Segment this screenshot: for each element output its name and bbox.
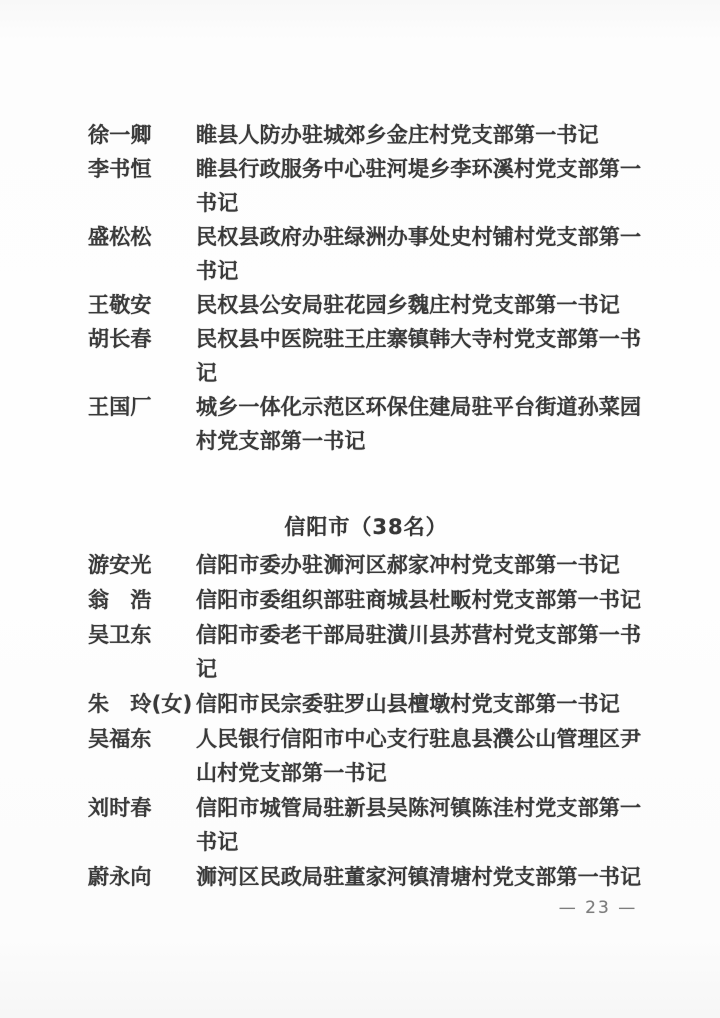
person-name: 胡长春 [88,322,196,356]
city-section: 徐一卿 睢县人防办驻城郊乡金庄村党支部第一书记 李书恒 睢县行政服务中心驻河堤乡… [88,118,644,458]
person-name: 徐一卿 [88,118,196,152]
secretary-entry-row: 朱 玲(女) 信阳市民宗委驻罗山县檀墩村党支部第一书记 [88,687,644,721]
secretary-entry-row: 刘时春 信阳市城管局驻新县吴陈河镇陈洼村党支部第一书记 [88,791,644,859]
person-name: 刘时春 [88,791,196,825]
secretary-entry-row: 胡长春 民权县中医院驻王庄寨镇韩大寺村党支部第一书记 [88,322,644,390]
position-title: 民权县中医院驻王庄寨镇韩大寺村党支部第一书记 [196,322,642,390]
position-title: 民权县政府办驻绿洲办事处史村铺村党支部第一书记 [196,220,642,288]
section-header: 信阳市（38名） [88,510,644,544]
secretary-entry-row: 吴卫东 信阳市委老干部局驻潢川县苏营村党支部第一书记 [88,618,644,686]
secretary-entry-row: 徐一卿 睢县人防办驻城郊乡金庄村党支部第一书记 [88,118,644,152]
first-secretary-list: 徐一卿 睢县人防办驻城郊乡金庄村党支部第一书记 李书恒 睢县行政服务中心驻河堤乡… [88,118,644,895]
position-title: 浉河区民政局驻董家河镇清塘村党支部第一书记 [196,860,642,894]
person-name: 吴卫东 [88,618,196,652]
secretary-entry-row: 翁 浩 信阳市委组织部驻商城县杜畈村党支部第一书记 [88,583,644,617]
person-name: 盛松松 [88,220,196,254]
person-name: 翁 浩 [88,583,196,617]
person-name: 游安光 [88,548,196,582]
person-name: 蔚永向 [88,860,196,894]
position-title: 城乡一体化示范区环保住建局驻平台街道孙菜园村党支部第一书记 [196,390,642,458]
position-title: 信阳市委老干部局驻潢川县苏营村党支部第一书记 [196,618,642,686]
secretary-entry-row: 吴福东 人民银行信阳市中心支行驻息县濮公山管理区尹山村党支部第一书记 [88,722,644,790]
person-name: 李书恒 [88,152,196,186]
person-name: 王国厂 [88,390,196,424]
section-entries: 徐一卿 睢县人防办驻城郊乡金庄村党支部第一书记 李书恒 睢县行政服务中心驻河堤乡… [88,118,644,458]
position-title: 睢县行政服务中心驻河堤乡李环溪村党支部第一书记 [196,152,642,220]
position-title: 信阳市民宗委驻罗山县檀墩村党支部第一书记 [196,687,642,721]
page-number: — 23 — [545,896,651,920]
position-title: 睢县人防办驻城郊乡金庄村党支部第一书记 [196,118,642,152]
secretary-entry-row: 盛松松 民权县政府办驻绿洲办事处史村铺村党支部第一书记 [88,220,644,288]
secretary-entry-row: 王敬安 民权县公安局驻花园乡魏庄村党支部第一书记 [88,288,644,322]
secretary-entry-row: 李书恒 睢县行政服务中心驻河堤乡李环溪村党支部第一书记 [88,152,644,220]
person-name: 吴福东 [88,722,196,756]
person-name: 王敬安 [88,288,196,322]
position-title: 民权县公安局驻花园乡魏庄村党支部第一书记 [196,288,642,322]
secretary-entry-row: 蔚永向 浉河区民政局驻董家河镇清塘村党支部第一书记 [88,860,644,894]
position-title: 信阳市委组织部驻商城县杜畈村党支部第一书记 [196,583,642,617]
position-title: 信阳市城管局驻新县吴陈河镇陈洼村党支部第一书记 [196,791,642,859]
scanned-document-page: 徐一卿 睢县人防办驻城郊乡金庄村党支部第一书记 李书恒 睢县行政服务中心驻河堤乡… [0,0,720,1018]
position-title: 信阳市委办驻浉河区郝家冲村党支部第一书记 [196,548,642,582]
secretary-entry-row: 游安光 信阳市委办驻浉河区郝家冲村党支部第一书记 [88,548,644,582]
person-name: 朱 玲(女) [88,687,196,721]
city-section: 信阳市（38名） 游安光 信阳市委办驻浉河区郝家冲村党支部第一书记 翁 浩 信阳… [88,510,644,894]
section-entries: 游安光 信阳市委办驻浉河区郝家冲村党支部第一书记 翁 浩 信阳市委组织部驻商城县… [88,548,644,894]
position-title: 人民银行信阳市中心支行驻息县濮公山管理区尹山村党支部第一书记 [196,722,642,790]
secretary-entry-row: 王国厂 城乡一体化示范区环保住建局驻平台街道孙菜园村党支部第一书记 [88,390,644,458]
